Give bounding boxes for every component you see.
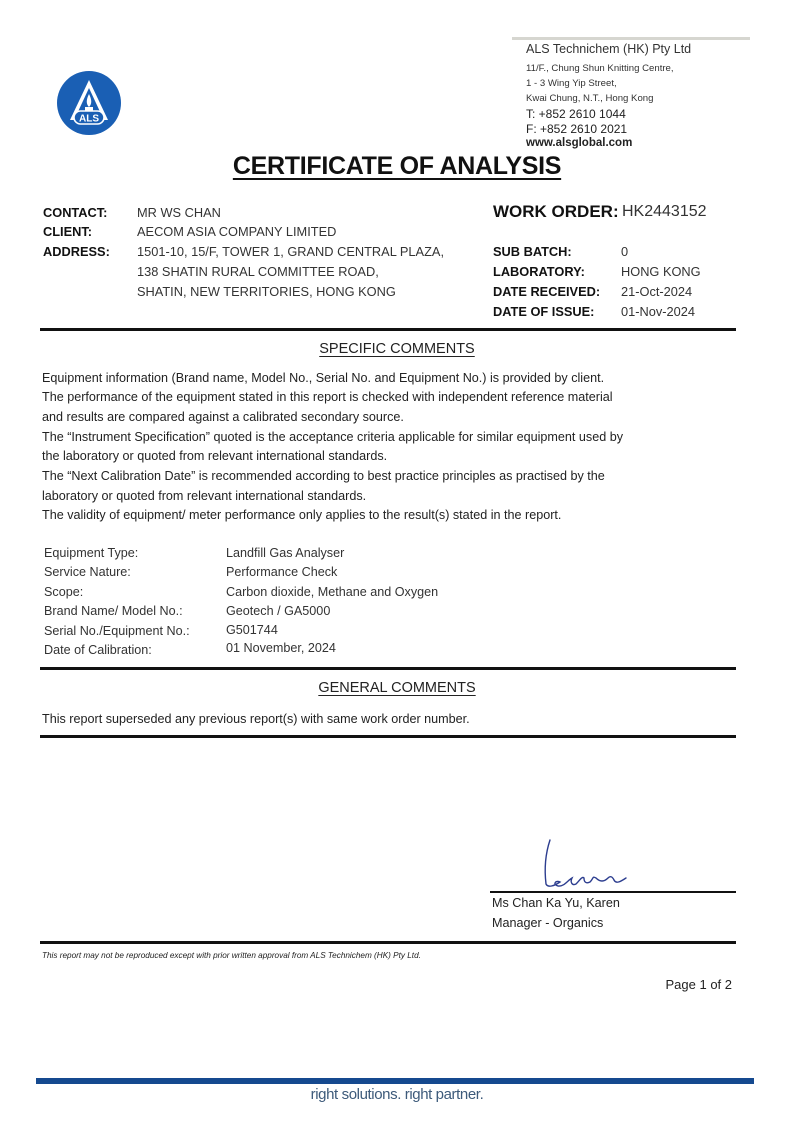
date-received-label: DATE RECEIVED:: [493, 284, 600, 299]
comment-line: The “Next Calibration Date” is recommend…: [42, 469, 605, 483]
section-divider: [40, 667, 736, 670]
svg-text:ALS: ALS: [79, 114, 99, 125]
laboratory-value: HONG KONG: [621, 264, 701, 279]
scope-value: Carbon dioxide, Methane and Oxygen: [226, 585, 438, 599]
comment-line: The validity of equipment/ meter perform…: [42, 508, 561, 522]
comment-line: The performance of the equipment stated …: [42, 390, 613, 404]
equipment-type-value: Landfill Gas Analyser: [226, 546, 344, 560]
signatory-name: Ms Chan Ka Yu, Karen: [492, 896, 620, 910]
page-number: Page 1 of 2: [666, 977, 733, 992]
company-address-line: Kwai Chung, N.T., Hong Kong: [526, 93, 653, 104]
footer-bar: [36, 1078, 754, 1084]
address-line: 1501-10, 15/F, TOWER 1, GRAND CENTRAL PL…: [137, 244, 444, 259]
work-order-value: HK2443152: [622, 203, 707, 221]
general-comment-text: This report superseded any previous repo…: [42, 712, 470, 726]
date-of-issue-label: DATE OF ISSUE:: [493, 304, 594, 319]
company-website: www.alsglobal.com: [526, 137, 632, 149]
calibration-date-label: Date of Calibration:: [44, 643, 152, 657]
serial-equipment-label: Serial No./Equipment No.:: [44, 624, 190, 638]
footer-divider: [40, 941, 736, 944]
company-name: ALS Technichem (HK) Pty Ltd: [526, 42, 691, 56]
scope-label: Scope:: [44, 585, 83, 599]
sub-batch-value: 0: [621, 244, 628, 259]
general-comments-heading: GENERAL COMMENTS: [0, 680, 794, 696]
signatory-title: Manager - Organics: [492, 916, 603, 930]
section-divider: [40, 735, 736, 738]
address-line: SHATIN, NEW TERRITORIES, HONG KONG: [137, 284, 396, 299]
brand-model-value: Geotech / GA5000: [226, 604, 330, 618]
signature-line: [490, 891, 736, 893]
date-of-issue-value: 01-Nov-2024: [621, 304, 695, 319]
service-nature-value: Performance Check: [226, 565, 337, 579]
address-label: ADDRESS:: [43, 244, 110, 259]
address-line: 138 SHATIN RURAL COMMITTEE ROAD,: [137, 264, 379, 279]
signature-image: [530, 832, 640, 892]
laboratory-label: LABORATORY:: [493, 264, 585, 279]
client-label: CLIENT:: [43, 224, 92, 239]
comment-line: The “Instrument Specification” quoted is…: [42, 430, 623, 444]
section-divider: [40, 328, 736, 331]
company-address-line: 11/F., Chung Shun Knitting Centre,: [526, 63, 674, 74]
brand-model-label: Brand Name/ Model No.:: [44, 604, 183, 618]
disclaimer: This report may not be reproduced except…: [42, 951, 421, 960]
equipment-type-label: Equipment Type:: [44, 546, 138, 560]
calibration-date-value: 01 November, 2024: [226, 641, 336, 655]
serial-equipment-value: G501744: [226, 623, 278, 637]
service-nature-label: Service Nature:: [44, 565, 131, 579]
comment-line: and results are compared against a calib…: [42, 410, 404, 424]
company-fax: F: +852 2610 2021: [526, 122, 627, 136]
contact-label: CONTACT:: [43, 205, 107, 220]
company-phone: T: +852 2610 1044: [526, 107, 626, 121]
als-logo: ALS: [56, 70, 122, 136]
specific-comments-heading: SPECIFIC COMMENTS: [0, 341, 794, 357]
company-header-rule: [512, 37, 750, 40]
contact-value: MR WS CHAN: [137, 205, 221, 220]
tagline: right solutions. right partner.: [0, 1086, 794, 1103]
work-order-label: WORK ORDER:: [493, 202, 619, 222]
date-received-value: 21-Oct-2024: [621, 284, 692, 299]
client-value: AECOM ASIA COMPANY LIMITED: [137, 224, 336, 239]
comment-line: laboratory or quoted from relevant inter…: [42, 489, 366, 503]
company-address-line: 1 - 3 Wing Yip Street,: [526, 78, 617, 89]
comment-line: the laboratory or quoted from relevant i…: [42, 449, 387, 463]
sub-batch-label: SUB BATCH:: [493, 244, 572, 259]
document-title: CERTIFICATE OF ANALYSIS: [0, 152, 794, 181]
comment-line: Equipment information (Brand name, Model…: [42, 371, 604, 385]
